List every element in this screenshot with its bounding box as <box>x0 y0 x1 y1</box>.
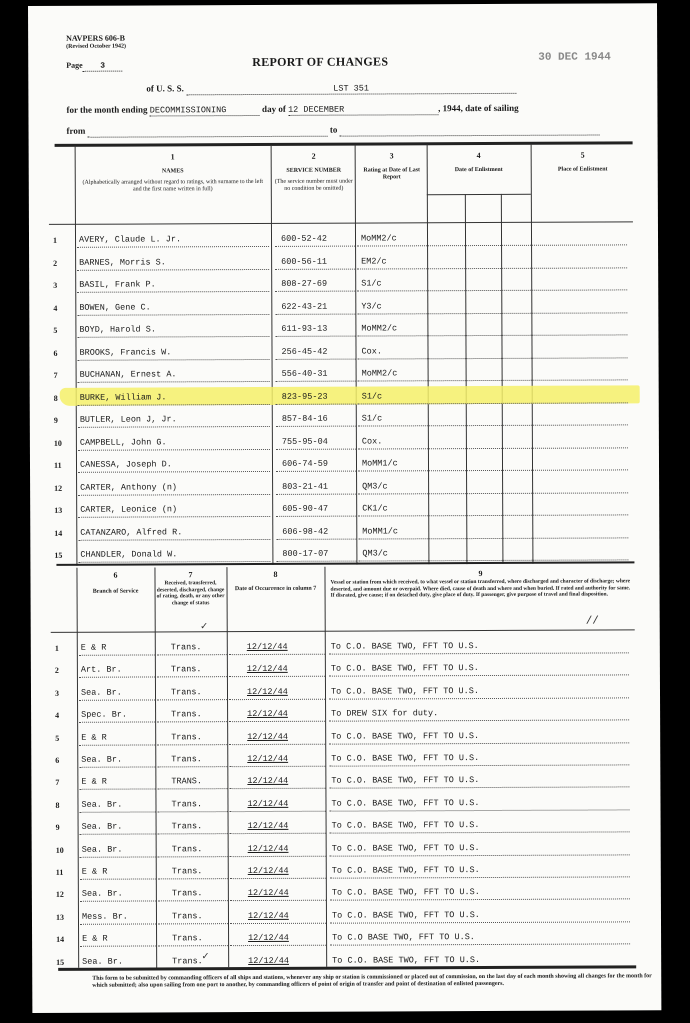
form-revised-text: (Revised October 1942) <box>66 43 126 52</box>
remarks-cell: To C.O. BASE TWO, FFT TO U.S. <box>332 865 480 876</box>
name-cell: CHANDLER, Donald W. <box>80 549 177 559</box>
fill-line <box>275 313 355 314</box>
fill-line <box>229 676 325 677</box>
fill-line <box>229 766 325 767</box>
fill-line <box>330 854 630 856</box>
fill-line <box>330 832 630 834</box>
row-number: 1 <box>55 644 59 653</box>
column-title: Vessel or station from which received, t… <box>331 578 631 599</box>
service-number-cell: 857-84-16 <box>282 414 328 424</box>
service-number-cell: 611-93-13 <box>281 324 327 334</box>
column-title: Place of Enlistment <box>535 166 631 173</box>
footer-instructions: This form to be submitted by commanding … <box>92 973 652 989</box>
fill-line <box>78 426 270 428</box>
row-number: 9 <box>56 823 60 832</box>
fill-line <box>157 699 227 700</box>
row-number: 7 <box>54 371 58 380</box>
fill-line <box>358 537 628 539</box>
name-cell: BUCHANAN, Ernest A. <box>80 369 177 379</box>
table-row: 7E & RTRANS.12/12/44To C.O. BASE TWO, FF… <box>51 770 636 795</box>
fill-line <box>275 268 355 269</box>
service-number-cell: 755-95-04 <box>282 436 328 446</box>
date-cell: 12/12/44 <box>248 821 289 831</box>
fill-line <box>80 878 156 879</box>
row-number: 14 <box>56 935 64 944</box>
status-cell: Trans. <box>171 687 202 697</box>
fill-line <box>229 699 325 700</box>
name-cell: CATANZARO, Alfred R. <box>80 527 182 537</box>
column-title: Date of Occurrence in column 7 <box>229 586 323 593</box>
row-number: 9 <box>54 416 58 425</box>
form-number-text: NAVPERS 606-B <box>66 34 126 43</box>
fill-line <box>357 267 627 269</box>
rating-cell: MoMM2/c <box>361 323 397 333</box>
day-label: day of <box>262 104 286 114</box>
column-number: 8 <box>228 571 322 578</box>
fill-line <box>80 923 156 924</box>
status-cell: Trans. <box>172 889 203 899</box>
row-number: 3 <box>53 281 57 290</box>
remarks-cell: To C.O BASE TWO, FFT TO U.S. <box>332 932 475 943</box>
month-label: for the month ending <box>66 104 147 114</box>
date-cell: 12/12/44 <box>248 911 289 921</box>
column-number: 5 <box>535 151 631 158</box>
fill-line <box>158 856 228 857</box>
name-cell: BUTLER, Leon J, Jr. <box>80 414 177 424</box>
to-label: to <box>330 125 338 135</box>
year-value: , 1944 <box>438 103 461 113</box>
branch-cell: Sea. Br. <box>82 956 123 966</box>
fill-line <box>358 469 628 471</box>
table-row: 6BROOKS, Francis W.256-45-42Cox. <box>49 340 634 365</box>
row-number: 2 <box>53 258 57 267</box>
table-row: 4BOWEN, Gene C.622-43-21Y3/c <box>49 295 634 320</box>
service-number-cell: 256-45-42 <box>281 346 327 356</box>
ship-field: of U. S. S. LST 351 <box>146 82 516 96</box>
status-cell: Trans. <box>172 866 203 876</box>
fill-line <box>330 876 630 878</box>
fill-line <box>80 834 156 835</box>
row-number: 3 <box>55 689 59 698</box>
fill-line <box>329 742 629 744</box>
table-row: 9BUTLER, Leon J, Jr.857-84-16S1/c <box>50 407 635 432</box>
sailing-label: , date of sailing <box>461 103 519 113</box>
row-number: 8 <box>55 801 59 810</box>
date-cell: 12/12/44 <box>248 843 289 853</box>
fill-line <box>79 654 155 655</box>
remarks-cell: To C.O. BASE TWO, FFT TO U.S. <box>331 731 479 742</box>
row-number: 8 <box>54 393 58 402</box>
service-number-cell: 622-43-21 <box>281 301 327 311</box>
table-row: 2Art. Br.Trans.12/12/44To C.O. BASE TWO,… <box>51 658 636 683</box>
fill-line <box>329 675 629 677</box>
fill-line <box>276 381 356 382</box>
fill-line <box>158 945 228 946</box>
row-number: 5 <box>55 733 59 742</box>
column-number: 6 <box>78 571 152 578</box>
fill-line <box>230 923 326 924</box>
name-cell: CARTER, Leonice (n) <box>80 504 177 514</box>
fill-line <box>357 289 627 291</box>
fill-line <box>158 901 228 902</box>
binder-spine <box>0 0 30 1023</box>
divider <box>427 194 531 195</box>
name-cell: CANESSA, Joseph D. <box>80 459 172 469</box>
page-number-field: Page3 <box>66 61 122 72</box>
fill-line <box>77 291 269 293</box>
check-mark: ✓ <box>201 619 208 633</box>
fill-line <box>78 448 270 450</box>
column-header-names: 1 NAMES (Alphabetically arranged without… <box>79 153 267 194</box>
fill-line <box>78 538 270 540</box>
rating-cell: S1/c <box>361 278 381 288</box>
row-number: 10 <box>56 845 64 854</box>
fill-line <box>276 403 356 404</box>
remarks-cell: To C.O. BASE TWO, FFT TO U.S. <box>332 820 480 831</box>
fill-line <box>158 923 228 924</box>
status-cell: TRANS. <box>171 777 202 787</box>
fill-line <box>358 424 628 426</box>
date-cell: 12/12/44 <box>248 933 289 943</box>
rating-cell: S1/c <box>362 391 382 401</box>
date-cell: 12/12/44 <box>248 955 289 965</box>
remarks-cell: To C.O. BASE TWO, FFT TO U.S. <box>332 955 480 966</box>
fill-line <box>357 244 627 246</box>
fill-line <box>229 788 325 789</box>
row-number: 12 <box>54 483 62 492</box>
fill-line <box>229 654 325 655</box>
row-number: 4 <box>55 711 59 720</box>
table-row: 6Sea. Br.Trans.12/12/44To C.O. BASE TWO,… <box>51 747 636 772</box>
fill-line <box>275 336 355 337</box>
fill-line <box>330 899 630 901</box>
fill-line <box>78 403 270 405</box>
table-row: 13CARTER, Leonice (n)605-90-47CK1/c <box>50 497 635 522</box>
row-number: 4 <box>53 303 57 312</box>
fill-line <box>329 764 629 766</box>
row-number: 6 <box>53 348 57 357</box>
fill-line <box>230 900 326 901</box>
fill-line <box>276 448 356 449</box>
fill-line <box>157 789 227 790</box>
column-number: 4 <box>429 152 529 159</box>
row-number: 14 <box>54 528 62 537</box>
row-number: 13 <box>56 913 64 922</box>
date-cell: 12/12/44 <box>247 776 288 786</box>
status-cell: Trans. <box>171 642 202 652</box>
branch-cell: Sea. Br. <box>82 889 123 899</box>
service-number-cell: 606-74-59 <box>282 459 328 469</box>
date-cell: 12/12/44 <box>247 687 288 697</box>
form-number: NAVPERS 606-B (Revised October 1942) <box>66 34 126 52</box>
fill-line <box>77 268 269 270</box>
fill-line <box>276 426 356 427</box>
service-number-cell: 600-56-11 <box>281 256 327 266</box>
remarks-cell: To C.O. BASE TWO, FFT TO U.S. <box>332 887 480 898</box>
fill-line <box>329 652 629 654</box>
date-cell: 12/12/44 <box>247 799 288 809</box>
fill-line <box>230 855 326 856</box>
fill-line <box>77 313 269 315</box>
from-label: from <box>67 126 86 136</box>
table-top-rule <box>55 141 633 147</box>
service-number-cell: 823-95-23 <box>282 391 328 401</box>
rating-cell: QM3/c <box>362 481 388 491</box>
status-cell: Trans. <box>172 844 203 854</box>
date-cell: 12/12/44 <box>247 754 288 764</box>
status-cell: Trans. <box>171 709 202 719</box>
column-header-remarks: 9 Vessel or station from which received,… <box>330 569 630 599</box>
date-cell: 12/12/44 <box>247 642 288 652</box>
uss-value: LST 351 <box>186 83 516 95</box>
table-row: 1AVERY, Claude L. Jr.600-52-42MoMM2/c <box>49 227 634 252</box>
name-cell: BASIL, Frank P. <box>79 279 156 289</box>
fill-line <box>230 878 326 879</box>
fill-line <box>78 471 270 473</box>
table-row: 9Sea. Br.Trans.12/12/44To C.O. BASE TWO,… <box>52 815 637 840</box>
column-header-enlistment-place: 5 Place of Enlistment <box>535 151 631 173</box>
fill-line <box>276 493 356 494</box>
table-row: 3BASIL, Frank P.808-27-69S1/c <box>49 272 634 297</box>
fill-line <box>329 720 629 722</box>
name-cell: CARTER, Anthony (n) <box>80 482 177 492</box>
remarks-cell: To C.O. BASE TWO, FFT TO U.S. <box>331 686 479 697</box>
fill-line <box>330 921 630 923</box>
row-number: 7 <box>55 778 59 787</box>
column-header-rating: 3 Rating at Date of Last Report <box>359 152 425 181</box>
page-title: REPORT OF CHANGES <box>252 54 388 70</box>
name-cell: BURKE, William J. <box>80 392 167 402</box>
fill-line <box>358 357 628 359</box>
status-cell: Trans. <box>172 911 203 921</box>
uss-label: of U. S. S. <box>146 83 184 93</box>
fill-line <box>157 654 227 655</box>
service-number-cell: 803-21-41 <box>282 481 328 491</box>
from-to-field: from to <box>67 124 600 138</box>
row-number: 15 <box>54 551 62 560</box>
date-cell: 12/12/44 <box>248 866 289 876</box>
column-header-enlistment-date: 4 Date of Enlistment <box>429 152 529 174</box>
table-row: 8Sea. Br.Trans.12/12/44To C.O. BASE TWO,… <box>51 792 636 817</box>
status-cell: Trans. <box>171 754 202 764</box>
branch-cell: Art. Br. <box>81 665 122 675</box>
remarks-cell: To C.O. BASE TWO, FFT TO U.S. <box>332 843 480 854</box>
personnel-list: 1AVERY, Claude L. Jr.600-52-42MoMM2/c2BA… <box>28 3 657 6</box>
fill-line <box>330 944 630 946</box>
row-number: 13 <box>54 506 62 515</box>
row-number: 12 <box>56 890 64 899</box>
row-number: 6 <box>55 756 59 765</box>
fill-line <box>158 811 228 812</box>
fill-line <box>276 471 356 472</box>
fill-line <box>157 721 227 722</box>
fill-line <box>275 246 355 247</box>
branch-cell: Sea. Br. <box>81 755 122 765</box>
column-note: (The service number must under no condit… <box>275 179 353 193</box>
fill-line <box>79 744 155 745</box>
table-row: 4Spec. Br.Trans.12/12/44To DREW SIX for … <box>51 703 636 728</box>
table-row: 14CATANZARO, Alfred R.606-98-42MoMM1/c <box>50 520 635 545</box>
column-number: 9 <box>330 569 630 577</box>
row-number: 2 <box>55 666 59 675</box>
date-cell: 12/12/44 <box>247 731 288 741</box>
table-row: 3Sea. Br.Trans.12/12/44To C.O. BASE TWO,… <box>51 680 636 705</box>
page-label: Page <box>66 61 82 70</box>
branch-cell: Spec. Br. <box>81 710 127 720</box>
rating-cell: QM3/c <box>362 548 388 558</box>
fill-line <box>358 402 628 404</box>
fill-line <box>276 358 356 359</box>
column-title: NAMES <box>79 168 267 176</box>
header-bottom-rule <box>49 221 633 225</box>
check-mark: ✓ <box>202 949 209 963</box>
name-cell: AVERY, Claude L. Jr. <box>79 234 181 244</box>
remarks-cell: To C.O. BASE TWO, FFT TO U.S. <box>331 775 479 786</box>
fill-line <box>77 246 269 248</box>
fill-line <box>358 379 628 381</box>
column-number: 3 <box>359 152 425 159</box>
column-header-status: 7 Received, transferred, deserted, disch… <box>156 571 224 606</box>
fill-line <box>157 677 227 678</box>
column-number: 1 <box>79 153 267 161</box>
fill-line <box>157 766 227 767</box>
fill-line <box>78 358 270 360</box>
header-bottom-rule <box>51 629 635 633</box>
table-row: 10CAMPBELL, John G.755-95-04Cox. <box>50 430 635 455</box>
service-number-cell: 605-90-47 <box>282 504 328 514</box>
fill-line <box>80 901 156 902</box>
column-title: Rating at Date of Last Report <box>359 167 425 181</box>
table-row: 2BARNES, Morris S.600-56-11EM2/c <box>49 250 634 275</box>
rating-cell: Cox. <box>362 436 382 446</box>
branch-cell: E & R <box>81 777 107 787</box>
rating-cell: MoMM1/c <box>362 458 398 468</box>
column-title: Date of Enlistment <box>429 167 529 174</box>
branch-cell: Sea. Br. <box>81 799 122 809</box>
fill-line <box>229 743 325 744</box>
column-title: Branch of Service <box>79 588 153 595</box>
fill-line <box>78 493 270 495</box>
remarks-cell: To C.O. BASE TWO, FFT TO U.S. <box>331 798 479 809</box>
fill-line <box>157 744 227 745</box>
fill-line <box>230 811 326 812</box>
table-row: 13Mess. Br.Trans.12/12/44To C.O. BASE TW… <box>52 904 637 929</box>
branch-cell: Sea. Br. <box>81 687 122 697</box>
fill-line <box>78 381 270 383</box>
status-cell: Trans. <box>171 732 202 742</box>
row-number: 1 <box>53 236 57 245</box>
rating-cell: MoMM2/c <box>361 233 397 243</box>
service-number-cell: 800-17-07 <box>282 549 328 559</box>
name-cell: BROOKS, Francis W. <box>79 347 171 357</box>
name-cell: BOWEN, Gene C. <box>79 302 150 312</box>
day-value: 12 DECEMBER <box>288 104 438 116</box>
remarks-cell: To DREW SIX for duty. <box>331 708 438 718</box>
fill-line <box>79 677 155 678</box>
table-row: 12CARTER, Anthony (n)803-21-41QM3/c <box>50 475 635 500</box>
fill-line <box>80 856 156 857</box>
changes-list: 1E & RTrans.12/12/44To C.O. BASE TWO, FF… <box>28 3 657 6</box>
status-cell: Trans. <box>172 956 203 966</box>
column-header-service-number: 2 SERVICE NUMBER (The service number mus… <box>275 153 353 193</box>
fill-line <box>80 811 156 812</box>
fill-line <box>79 766 155 767</box>
fill-line <box>276 516 356 517</box>
rating-cell: S1/c <box>362 413 382 423</box>
row-number: 11 <box>56 868 64 877</box>
fill-line <box>80 946 156 947</box>
rating-cell: CK1/c <box>362 503 388 513</box>
service-number-cell: 556-40-31 <box>282 369 328 379</box>
column-header-date-of-occurrence: 8 Date of Occurrence in column 7 <box>228 571 322 593</box>
fill-line <box>79 699 155 700</box>
column-title: SERVICE NUMBER <box>275 168 353 175</box>
table-row: 14E & RTrans.12/12/44To C.O BASE TWO, FF… <box>52 927 637 952</box>
name-cell: BOYD, Harold S. <box>79 324 156 334</box>
date-cell: 12/12/44 <box>247 709 288 719</box>
fill-line <box>275 291 355 292</box>
month-value: DECOMMISSIONING <box>150 105 260 116</box>
table-row: 5E & RTrans.12/12/44To C.O. BASE TWO, FF… <box>51 725 636 750</box>
table-row: 8BURKE, William J.823-95-23S1/c <box>50 385 635 410</box>
fill-line <box>358 492 628 494</box>
status-cell: Trans. <box>171 665 202 675</box>
fill-line <box>78 516 270 518</box>
branch-cell: E & R <box>81 732 107 742</box>
remarks-cell: To C.O. BASE TWO, FFT TO U.S. <box>331 641 479 652</box>
month-field: for the month ending DECOMMISSIONING day… <box>66 103 518 117</box>
column-number: 7 <box>156 571 224 578</box>
branch-cell: Sea. Br. <box>82 844 123 854</box>
column-title: Received, transferred, deserted, dischar… <box>157 580 225 606</box>
fill-line <box>158 878 228 879</box>
row-number: 11 <box>54 461 62 470</box>
table-row: 11CANESSA, Joseph D.606-74-59MoMM1/c <box>50 452 635 477</box>
branch-cell: E & R <box>81 643 107 653</box>
fill-line <box>330 809 630 811</box>
fill-line <box>358 514 628 516</box>
fill-line <box>230 945 326 946</box>
remarks-cell: To C.O. BASE TWO, FFT TO U.S. <box>331 753 479 764</box>
fill-line <box>329 697 629 699</box>
status-cell: Trans. <box>172 821 203 831</box>
fill-line <box>230 833 326 834</box>
remarks-cell: To C.O. BASE TWO, FFT TO U.S. <box>331 663 479 674</box>
pencil-mark: // <box>586 616 599 628</box>
fill-line <box>79 789 155 790</box>
fill-line <box>276 538 356 539</box>
row-number: 10 <box>54 438 62 447</box>
branch-cell: Mess. Br. <box>82 911 128 921</box>
name-cell: CAMPBELL, John G. <box>80 437 167 447</box>
branch-cell: E & R <box>82 867 108 877</box>
column-note: (Alphabetically arranged without regard … <box>79 179 267 194</box>
date-cell: 12/12/44 <box>247 664 288 674</box>
rating-cell: Cox. <box>361 346 381 356</box>
fill-line <box>229 721 325 722</box>
fill-line <box>357 312 627 314</box>
status-cell: Trans. <box>172 933 203 943</box>
page-number-value: 3 <box>83 62 123 72</box>
rating-cell: Y3/c <box>361 301 381 311</box>
rating-cell: EM2/c <box>361 256 387 266</box>
table-row: 12Sea. Br.Trans.12/12/44To C.O. BASE TWO… <box>52 882 637 907</box>
fill-line <box>358 447 628 449</box>
column-number: 2 <box>275 153 353 160</box>
branch-cell: E & R <box>82 934 108 944</box>
table-row: 7BUCHANAN, Ernest A.556-40-31MoMM2/c <box>50 362 635 387</box>
report-of-changes-document: NAVPERS 606-B (Revised October 1942) Pag… <box>28 3 661 1013</box>
